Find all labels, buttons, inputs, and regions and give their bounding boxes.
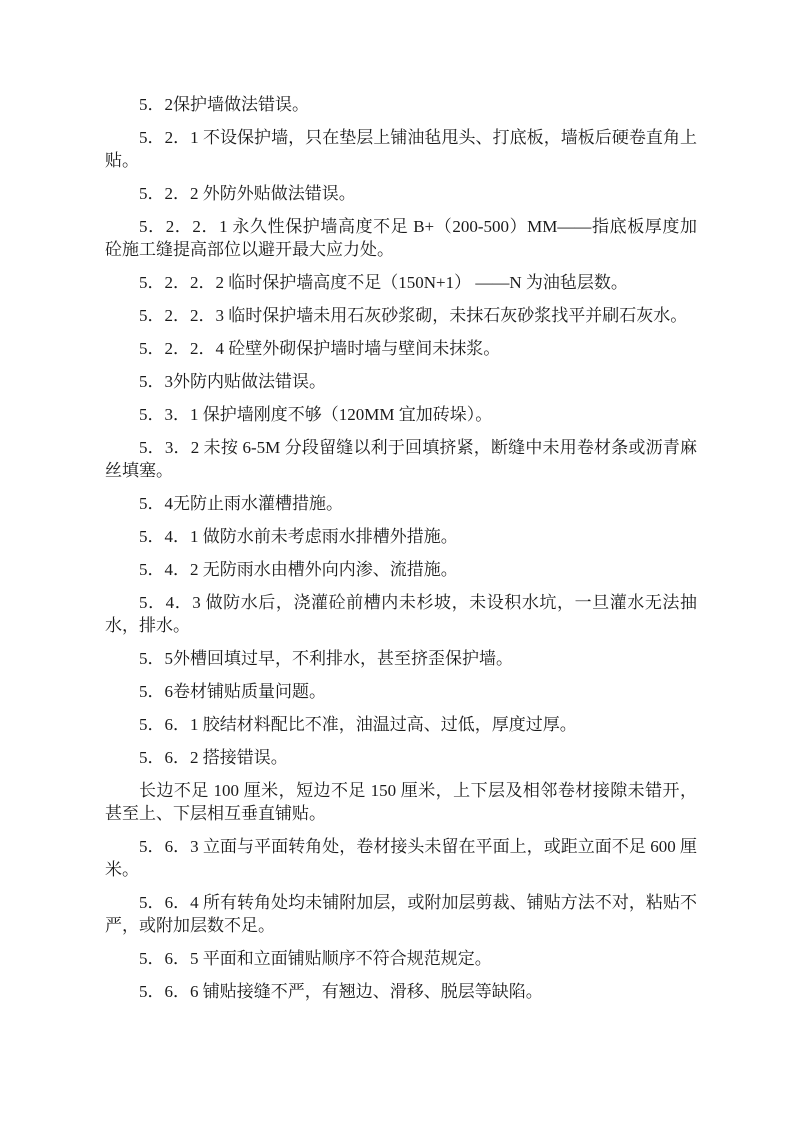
paragraph: 长边不足 100 厘米，短边不足 150 厘米，上下层及相邻卷材接隙未错开，甚至… (105, 779, 697, 825)
paragraph: 5．2保护墙做法错误。 (105, 93, 697, 116)
document-body: 5．2保护墙做法错误。5．2．1 不设保护墙，只在垫层上铺油毡甩头、打底板，墙板… (105, 93, 697, 1013)
paragraph: 5．6．2 搭接错误。 (105, 746, 697, 769)
document-page: 5．2保护墙做法错误。5．2．1 不设保护墙，只在垫层上铺油毡甩头、打底板，墙板… (0, 0, 793, 1122)
paragraph: 5．4无防止雨水灌槽措施。 (105, 492, 697, 515)
paragraph: 5．4．1 做防水前未考虑雨水排槽外措施。 (105, 525, 697, 548)
paragraph: 5．2．1 不设保护墙，只在垫层上铺油毡甩头、打底板，墙板后硬卷直角上贴。 (105, 126, 697, 172)
paragraph: 5．6．4 所有转角处均未铺附加层，或附加层剪裁、铺贴方法不对，粘贴不严，或附加… (105, 891, 697, 937)
paragraph: 5．2．2．2 临时保护墙高度不足（150N+1） ——N 为油毡层数。 (105, 271, 697, 294)
paragraph: 5．6．5 平面和立面铺贴顺序不符合规范规定。 (105, 947, 697, 970)
paragraph: 5．6．3 立面与平面转角处，卷材接头未留在平面上，或距立面不足 600 厘米。 (105, 835, 697, 881)
paragraph: 5．3．2 未按 6-5M 分段留缝以利于回填挤紧，断缝中未用卷材条或沥青麻丝填… (105, 436, 697, 482)
paragraph: 5．6．6 铺贴接缝不严，有翘边、滑移、脱层等缺陷。 (105, 980, 697, 1003)
paragraph: 5．6卷材铺贴质量问题。 (105, 680, 697, 703)
paragraph: 5．4．2 无防雨水由槽外向内渗、流措施。 (105, 558, 697, 581)
paragraph: 5．3外防内贴做法错误。 (105, 370, 697, 393)
paragraph: 5．5外槽回填过早，不利排水，甚至挤歪保护墙。 (105, 647, 697, 670)
paragraph: 5．2．2．4 砼壁外砌保护墙时墙与壁间未抹浆。 (105, 337, 697, 360)
paragraph: 5．2．2．3 临时保护墙未用石灰砂浆砌，未抹石灰砂浆找平并刷石灰水。 (105, 304, 697, 327)
paragraph: 5．4．3 做防水后，浇灌砼前槽内未杉坡，未设积水坑，一旦灌水无法抽水，排水。 (105, 591, 697, 637)
paragraph: 5．6．1 胶结材料配比不准，油温过高、过低，厚度过厚。 (105, 713, 697, 736)
paragraph: 5．2．2．1 永久性保护墙高度不足 B+（200-500）MM——指底板厚度加… (105, 215, 697, 261)
paragraph: 5．2．2 外防外贴做法错误。 (105, 182, 697, 205)
paragraph: 5．3．1 保护墙刚度不够（120MM 宜加砖垛）。 (105, 403, 697, 426)
